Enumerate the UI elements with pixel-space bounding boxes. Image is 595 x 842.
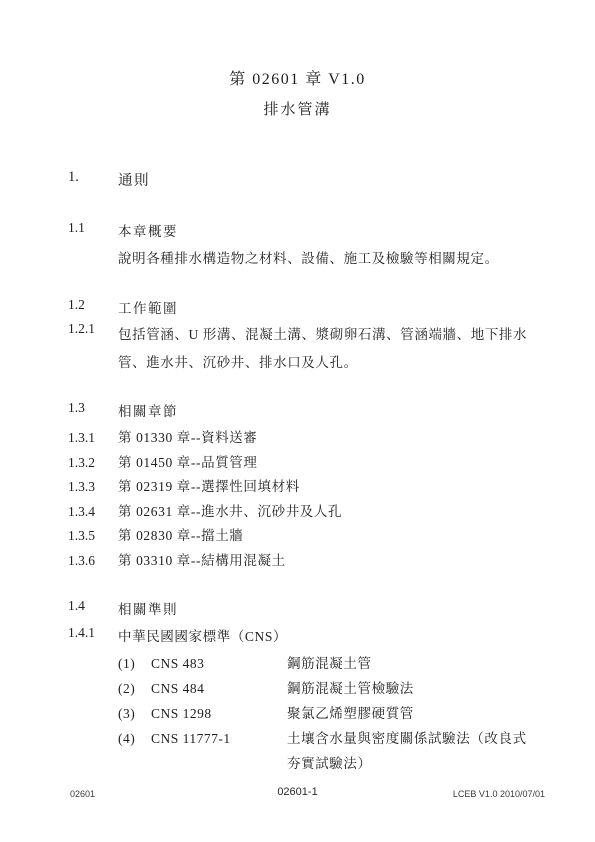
section-1-2-1: 1.2.1 包括管涵、U 形溝、混凝土溝、漿砌卵石溝、管涵端牆、地下排水管、進水…	[68, 321, 545, 376]
section-1-1-number: 1.1	[68, 220, 118, 236]
cns-item: (1) CNS 483 鋼筋混凝土管	[68, 651, 545, 676]
section-1-1-body: 說明各種排水構造物之材料、設備、施工及檢驗等相關規定。	[118, 245, 545, 273]
section-1-title: 通則	[118, 169, 150, 190]
list-item-text: 第 02830 章--擋土牆	[118, 524, 243, 549]
list-item: 1.3.4 第 02631 章--進水井、沉砂井及人孔	[68, 500, 545, 525]
section-1-2-1-body: 包括管涵、U 形溝、混凝土溝、漿砌卵石溝、管涵端牆、地下排水管、進水井、沉砂井、…	[118, 321, 545, 376]
section-1-2: 1.2 工作範圍	[68, 297, 545, 317]
section-1-3-number: 1.3	[68, 400, 118, 416]
footer-version-date: LCEB V1.0 2010/07/01	[453, 789, 545, 799]
list-item-text: 第 03310 章--結構用混凝土	[118, 549, 286, 574]
cns-item: (3) CNS 1298 聚氯乙烯塑膠硬質管	[68, 701, 545, 726]
list-item-text: 第 02319 章--選擇性回填材料	[118, 475, 300, 500]
list-item: 1.3.1 第 01330 章--資料送審	[68, 426, 545, 451]
cns-item-description: 鋼筋混凝土管	[287, 651, 532, 676]
section-1-4-1-number: 1.4.1	[68, 625, 118, 641]
section-1-4-number: 1.4	[68, 598, 118, 614]
list-item: 1.3.3 第 02319 章--選擇性回填材料	[68, 475, 545, 500]
list-item-text: 第 01330 章--資料送審	[118, 426, 258, 451]
section-1-4-title: 相關準則	[118, 598, 178, 618]
section-1: 1. 通則	[68, 169, 545, 190]
section-1-4-1-title: 中華民國國家標準（CNS）	[118, 625, 287, 645]
list-item-number: 1.3.4	[68, 500, 118, 525]
cns-standards-list: (1) CNS 483 鋼筋混凝土管 (2) CNS 484 鋼筋混凝土管檢驗法…	[68, 651, 545, 776]
list-item-text: 第 01450 章--品質管理	[118, 451, 258, 476]
cns-item-description: 鋼筋混凝土管檢驗法	[287, 676, 532, 701]
section-1-3-title: 相關章節	[118, 400, 178, 420]
cns-item-number: (2)	[118, 676, 151, 701]
cns-item-description: 聚氯乙烯塑膠硬質管	[287, 701, 532, 726]
list-item-number: 1.3.6	[68, 549, 118, 574]
section-1-2-number: 1.2	[68, 297, 118, 313]
section-1-2-1-number: 1.2.1	[68, 321, 118, 337]
list-item: 1.3.6 第 03310 章--結構用混凝土	[68, 549, 545, 574]
cns-item-code: CNS 11777-1	[151, 726, 287, 751]
list-item-number: 1.3.3	[68, 475, 118, 500]
cns-item: (4) CNS 11777-1 土壤含水量與密度關係試驗法（改良式夯實試驗法）	[68, 726, 545, 776]
section-1-1: 1.1 本章概要 說明各種排水構造物之材料、設備、施工及檢驗等相關規定。	[68, 220, 545, 273]
section-1-number: 1.	[68, 169, 118, 186]
list-item: 1.3.2 第 01450 章--品質管理	[68, 451, 545, 476]
list-item-text: 第 02631 章--進水井、沉砂井及人孔	[118, 500, 342, 525]
section-1-1-title: 本章概要	[118, 220, 178, 240]
chapter-title: 第 02601 章 V1.0	[0, 66, 595, 89]
related-chapters-list: 1.3.1 第 01330 章--資料送審 1.3.2 第 01450 章--品…	[68, 426, 545, 574]
list-item-number: 1.3.5	[68, 524, 118, 549]
list-item-number: 1.3.1	[68, 426, 118, 451]
cns-item-description: 土壤含水量與密度關係試驗法（改良式夯實試驗法）	[287, 726, 532, 776]
cns-item-number: (3)	[118, 701, 151, 726]
section-1-2-title: 工作範圍	[118, 297, 178, 317]
cns-item-number: (4)	[118, 726, 151, 751]
cns-item-code: CNS 484	[151, 676, 287, 701]
document-page: 第 02601 章 V1.0 排水管溝 1. 通則 1.1 本章概要 說明各種排…	[0, 0, 595, 842]
cns-item-code: CNS 483	[151, 651, 287, 676]
section-1-4: 1.4 相關準則	[68, 598, 545, 618]
list-item-number: 1.3.2	[68, 451, 118, 476]
cns-item-code: CNS 1298	[151, 701, 287, 726]
section-1-3: 1.3 相關章節	[68, 400, 545, 420]
section-1-4-1: 1.4.1 中華民國國家標準（CNS）	[68, 625, 545, 645]
list-item: 1.3.5 第 02830 章--擋土牆	[68, 524, 545, 549]
cns-item-number: (1)	[118, 651, 151, 676]
chapter-subtitle: 排水管溝	[0, 98, 595, 119]
cns-item: (2) CNS 484 鋼筋混凝土管檢驗法	[68, 676, 545, 701]
